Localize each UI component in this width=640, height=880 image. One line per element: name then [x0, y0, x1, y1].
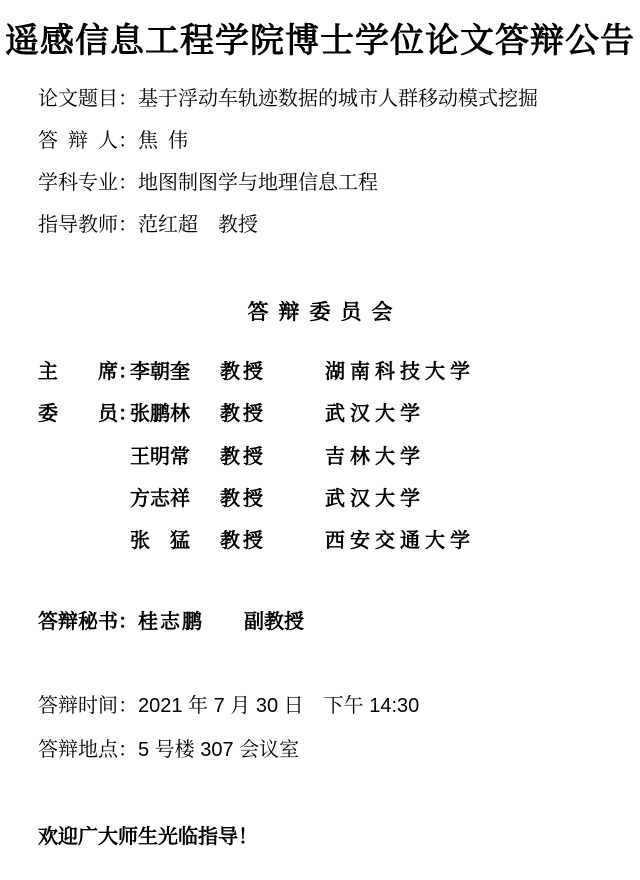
- committee-heading: 答辩委员会: [0, 299, 640, 325]
- member-title: 教授: [220, 527, 266, 553]
- advisor-line: 指导教师：范红超 教授: [38, 212, 258, 238]
- secretary-line: 答辩秘书：桂志鹏副教授: [38, 608, 304, 634]
- announcement-page: 遥感信息工程学院博士学位论文答辩公告 论文题目：基于浮动车轨迹数据的城市人群移动…: [0, 0, 640, 880]
- defense-location-label: 答辩地点：: [38, 739, 138, 761]
- member-name: 王明常: [130, 443, 190, 469]
- defendant-line: 答 辩 人：焦 伟: [38, 128, 188, 154]
- member-title: 教授: [220, 358, 266, 384]
- member-role: 主 席：: [38, 358, 138, 384]
- advisor-value: 范红超 教授: [138, 214, 258, 236]
- committee-row: 委 员： 张鹏林 教授 武汉大学: [0, 400, 640, 426]
- member-name: 张 猛: [130, 527, 190, 553]
- member-title: 教授: [220, 443, 266, 469]
- major-line: 学科专业：地图制图学与地理信息工程: [38, 170, 378, 196]
- thesis-title-line: 论文题目：基于浮动车轨迹数据的城市人群移动模式挖掘: [38, 86, 538, 112]
- member-title: 教授: [220, 485, 266, 511]
- advisor-label: 指导教师：: [38, 214, 138, 236]
- defendant-name: 焦 伟: [138, 130, 188, 152]
- defendant-label: 答 辩 人：: [38, 130, 138, 152]
- member-role: 委 员：: [38, 400, 138, 426]
- defense-time-label: 答辩时间：: [38, 695, 138, 717]
- defense-location-value: 5 号楼 307 会议室: [138, 739, 299, 761]
- member-university: 武汉大学: [325, 400, 425, 426]
- secretary-label: 答辩秘书：: [38, 609, 138, 633]
- member-university: 武汉大学: [325, 485, 425, 511]
- committee-row: 张 猛 教授 西安交通大学: [0, 527, 640, 553]
- member-title: 教授: [220, 400, 266, 426]
- member-name: 李朝奎: [130, 358, 190, 384]
- committee-row: 王明常 教授 吉林大学: [0, 443, 640, 469]
- page-title: 遥感信息工程学院博士学位论文答辩公告: [0, 19, 640, 63]
- member-name: 张鹏林: [130, 400, 190, 426]
- major-value: 地图制图学与地理信息工程: [138, 172, 378, 194]
- member-university: 吉林大学: [325, 443, 425, 469]
- member-name: 方志祥: [130, 485, 190, 511]
- secretary-title: 副教授: [244, 609, 304, 633]
- member-university: 西安交通大学: [325, 527, 475, 553]
- defense-time-value: 2021 年 7 月 30 日 下午 14:30: [138, 695, 419, 717]
- welcome-message: 欢迎广大师生光临指导！: [38, 823, 258, 849]
- thesis-title-label: 论文题目：: [38, 88, 138, 110]
- defense-location-line: 答辩地点：5 号楼 307 会议室: [38, 737, 299, 763]
- secretary-name: 桂志鹏: [138, 609, 204, 633]
- thesis-title-value: 基于浮动车轨迹数据的城市人群移动模式挖掘: [138, 88, 538, 110]
- committee-row: 方志祥 教授 武汉大学: [0, 485, 640, 511]
- committee-row: 主 席： 李朝奎 教授 湖南科技大学: [0, 358, 640, 384]
- defense-time-line: 答辩时间：2021 年 7 月 30 日 下午 14:30: [38, 693, 419, 719]
- major-label: 学科专业：: [38, 172, 138, 194]
- member-university: 湖南科技大学: [325, 358, 475, 384]
